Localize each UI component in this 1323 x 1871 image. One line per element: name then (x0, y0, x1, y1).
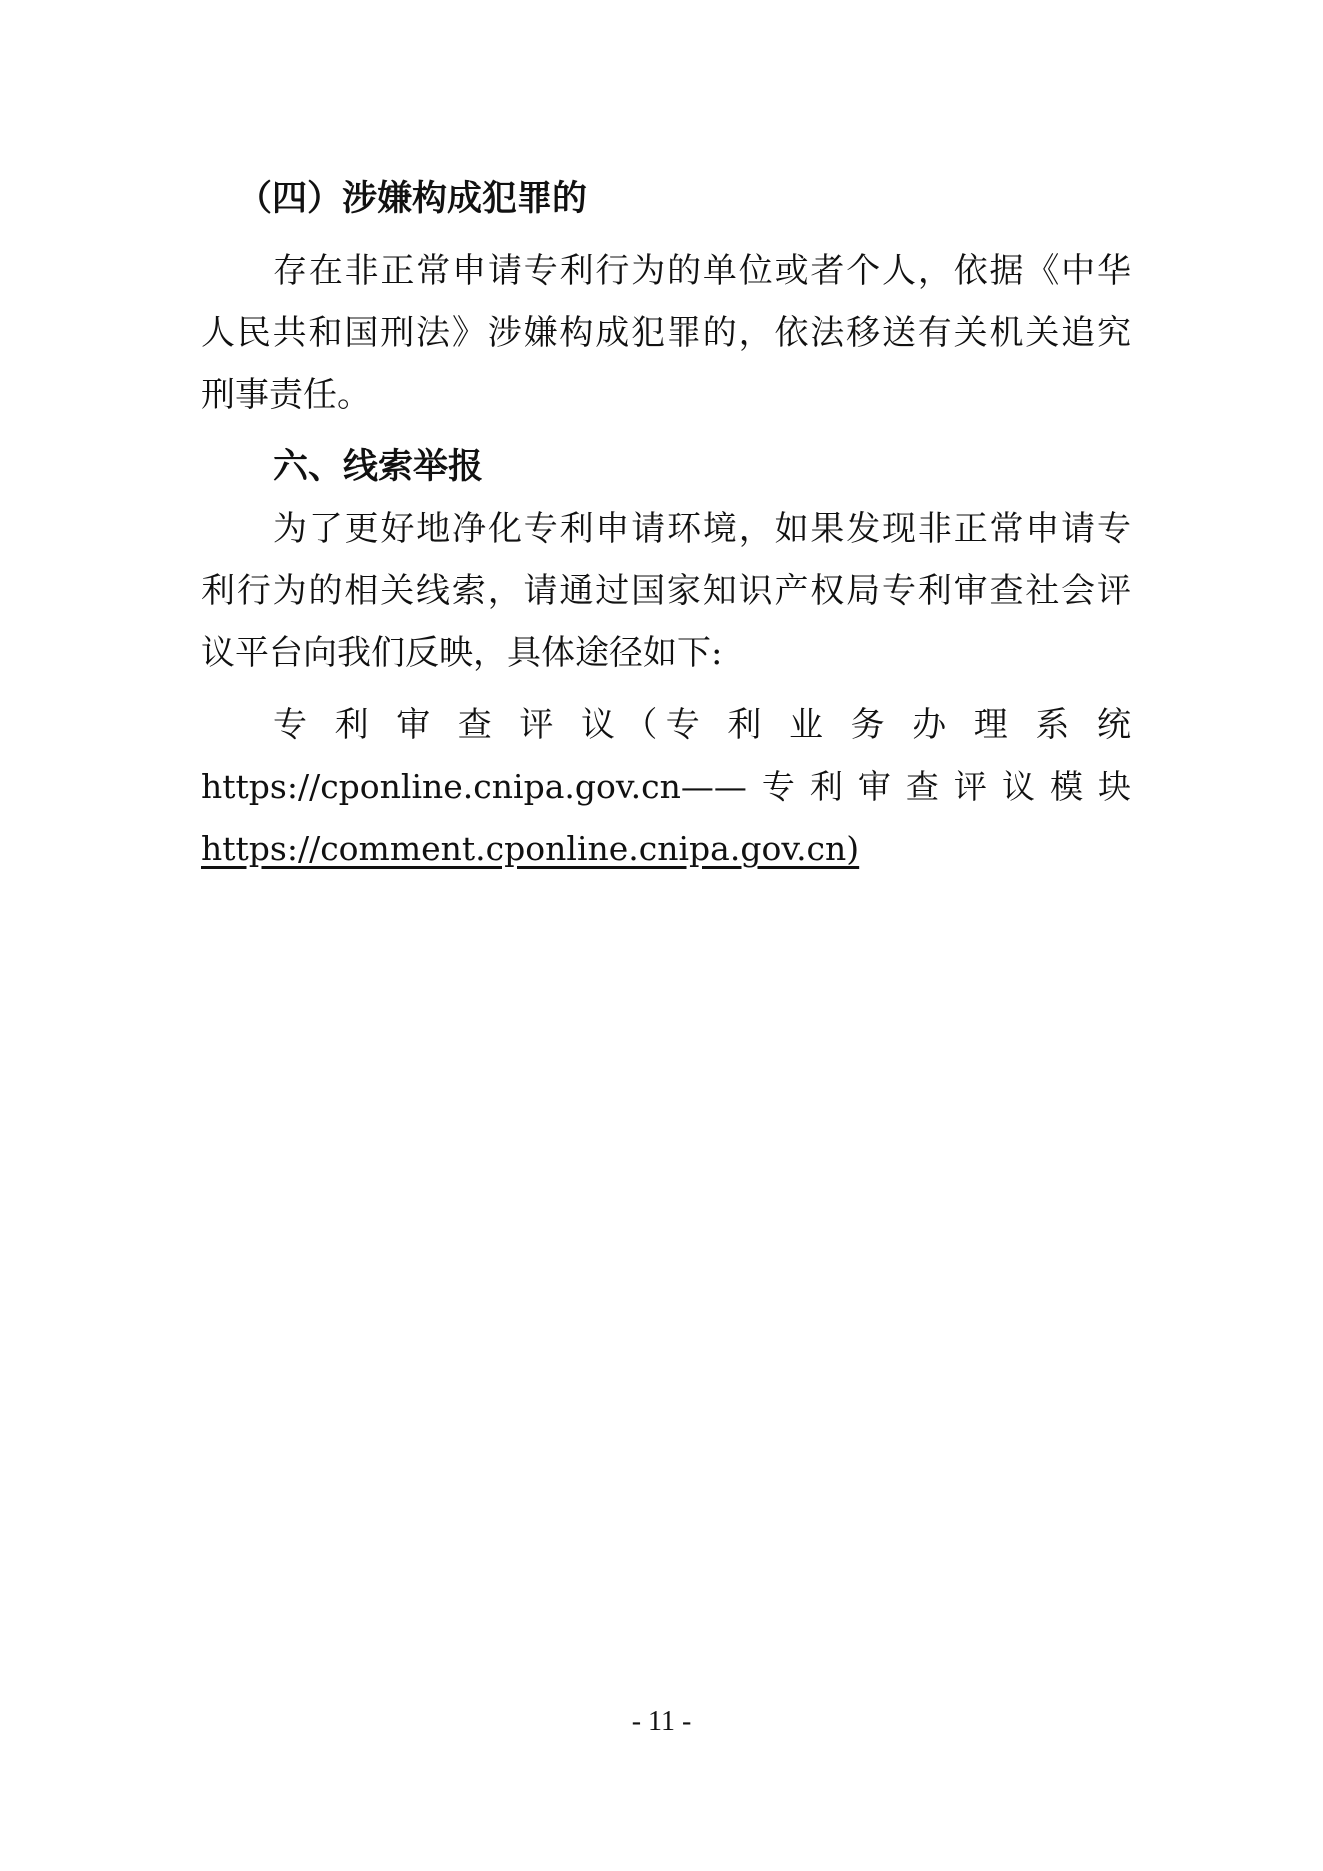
section-heading-suspected-crime: （四）涉嫌构成犯罪的 (201, 168, 1131, 230)
section-heading-clue-report: 六、线索举报 (201, 436, 1131, 498)
paragraph-line: 刑事责任。 (201, 364, 1131, 426)
comment-url-link[interactable]: https://comment.cponline.cnipa.gov.cn) (201, 818, 1131, 880)
paragraph-line: 利行为的相关线索，请通过国家知识产权局专利审查社会评 (201, 560, 1131, 622)
paragraph-line: 人民共和国刑法》涉嫌构成犯罪的，依法移送有关机关追究 (201, 302, 1131, 364)
cponline-url-line[interactable]: https://cponline.cnipa.gov.cn——专利审查评议模块 (201, 756, 1131, 818)
page-body: （四）涉嫌构成犯罪的 存在非正常申请专利行为的单位或者个人，依据《中华 人民共和… (201, 168, 1131, 880)
paragraph-line: 为了更好地净化专利申请环境，如果发现非正常申请专 (201, 498, 1131, 560)
page-number: - 11 - (0, 1706, 1323, 1738)
channel-line: 专 利 审 查 评 议（专 利 业 务 办 理 系 统 (201, 694, 1131, 756)
paragraph-line: 议平台向我们反映，具体途径如下: (201, 622, 1131, 684)
document-page: （四）涉嫌构成犯罪的 存在非正常申请专利行为的单位或者个人，依据《中华 人民共和… (0, 0, 1323, 1871)
paragraph-line: 存在非正常申请专利行为的单位或者个人，依据《中华 (201, 240, 1131, 302)
